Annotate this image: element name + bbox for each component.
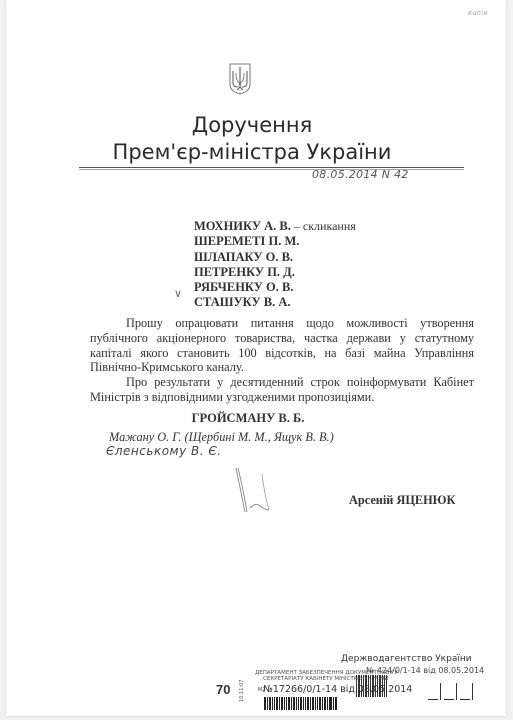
recipient-item: ШЛАПАКУ О. В. [194,250,356,265]
paragraph: Прошу опрацювати питання щодо можливості… [90,316,474,375]
addressee: ГРОЙСМАНУ В. Б. [0,411,498,426]
document-page: Копія Доручення Прем'єр-міністра України… [6,0,506,716]
signer-name: Арсеній ЯЦЕНЮК [349,493,455,508]
agency-stamp: Держводагентство України [341,654,472,664]
body-text: Прошу опрацювати питання щодо можливості… [90,316,474,405]
barcode-secondary-icon [356,675,387,697]
barcode-icon [264,697,337,710]
signature-icon [232,466,287,516]
document-title: Доручення [2,113,502,137]
recipient-item: ШЕРЕМЕТІ П. М. [194,234,356,249]
recipient-item: РЯБЧЕНКУ О. В. [194,280,356,295]
recipients-list: МОХНИКУ А. В. – скликання ШЕРЕМЕТІ П. М.… [194,219,356,311]
ukraine-trident-emblem-icon [229,63,251,95]
vertical-code: 10:11:07 [239,680,245,702]
page-number: 70 [216,682,230,697]
registration-number: №17266/0/1-14 від 08.05.2014 [263,684,412,695]
handwritten-check-icon: ∨ [174,287,182,300]
cc-list: Мажану О. Г. (Щербині М. М., Ящук В. В.) [109,430,334,445]
paragraph: Про результати у десятиденний строк поін… [90,375,474,405]
handwritten-addition: Єленському В. Є. [106,444,222,458]
handwritten-date-number: 08.05.2014 N 42 [312,168,409,181]
recipient-item: ПЕТРЕНКУ П. Д. [194,265,356,280]
corner-note: Копія [468,10,488,17]
recipient-item: СТАШУКУ В. А. [194,295,356,310]
recipient-item: МОХНИКУ А. В. – скликання [194,219,356,234]
document-subtitle: Прем'єр-міністра України [2,140,502,164]
